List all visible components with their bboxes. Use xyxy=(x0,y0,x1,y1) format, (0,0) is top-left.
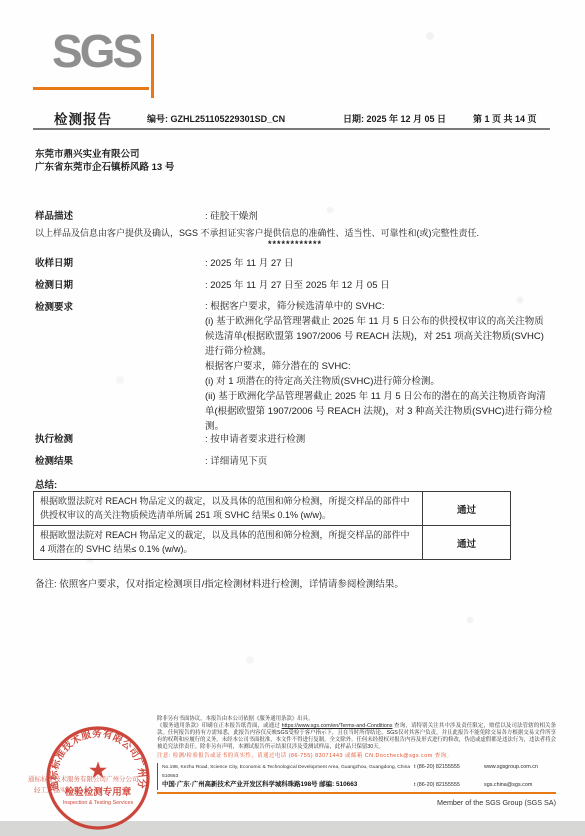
test-performed-label: 执行检测 xyxy=(35,431,73,445)
star-icon: ★ xyxy=(88,757,109,783)
phone-number: t (86-20) 82155555 xyxy=(414,763,484,772)
footer-address-row-en: No.198, Kezhu Road, Science City, Econom… xyxy=(162,763,556,781)
report-date-label: 日期: xyxy=(343,114,364,124)
client-name: 东莞市鼎兴实业有限公司 xyxy=(35,146,140,160)
footer-orange-rule xyxy=(157,792,556,794)
test-date-value: : 2025 年 11 月 27 日至 2025 年 12 月 05 日 xyxy=(205,277,390,291)
footer-terms-text-1: 《服务通用条款》印刷在正本报告纸背面，或通过 xyxy=(157,723,282,729)
logo-vertical-rule xyxy=(151,34,154,98)
footer-authenticity-notice: 注意: 检测/检验报告或证书的真实性，请通过电话 (86-755) 830714… xyxy=(157,753,556,760)
sample-description-value: : 硅胶干燥剂 xyxy=(205,208,258,222)
footer-terms-paragraph: 《服务通用条款》印刷在正本报告纸背面，或通过 https://www.sgs.c… xyxy=(157,723,556,751)
report-page: SGS 检测报告 编号: GZHL251105229301SD_CN 日期: 2… xyxy=(0,0,585,821)
report-date-value: 2025 年 12 月 05 日 xyxy=(367,114,447,124)
test-performed-value: : 按申请者要求进行检测 xyxy=(205,431,305,445)
report-number: 编号: GZHL251105229301SD_CN xyxy=(147,112,285,125)
footer: 除非另有书面协议，本报告由本公司依据《服务通用条款》出具。 《服务通用条款》印刷… xyxy=(157,714,556,807)
summary-row-1-description: 根据欧盟法院对 REACH 物品定义的裁定，以及具体的范围和筛分检测，所提交样品… xyxy=(34,492,423,526)
footer-address-row-cn: 中国·广东·广州高新技术产业开发区科学城科珠路198号 邮编: 510663 t… xyxy=(162,781,556,790)
sample-disclaimer: 以上样品及信息由客户提供及确认，SGS 不承担证实客户提供信息的准确性、适当性、… xyxy=(35,226,552,239)
terms-and-conditions-link[interactable]: https://www.sgs.com/en/Terms-and-Conditi… xyxy=(282,723,393,729)
page-title: 检测报告 xyxy=(54,108,112,128)
report-number-value: GZHL251105229301SD_CN xyxy=(171,114,286,124)
table-row: 根据欧盟法院对 REACH 物品定义的裁定，以及具体的范围和筛分检测，所提交样品… xyxy=(34,526,511,560)
test-result-label: 检测结果 xyxy=(35,453,73,467)
footer-address-block: No.198, Kezhu Road, Science City, Econom… xyxy=(157,763,556,790)
address-chinese: 中国·广东·广州高新技术产业开发区科学城科珠路198号 邮编: 510663 xyxy=(162,781,414,790)
client-address: 广东省东莞市企石镇桥风路 13 号 xyxy=(35,159,174,173)
sgs-logo: SGS xyxy=(52,24,140,79)
email-address: sgs.china@sgs.com xyxy=(484,781,554,790)
summary-remark: 备注: 依照客户要求，仅对指定检测项目/指定检测材料进行检测，详情请参阅检测结果… xyxy=(35,578,552,592)
sgs-membership-line: Member of the SGS Group (SGS SA) xyxy=(157,798,556,807)
phone-number: t (86-20) 82155555 xyxy=(414,781,484,790)
received-date-value: : 2025 年 11 月 27 日 xyxy=(205,255,294,269)
stamp-title-en: Inspection & Testing Services xyxy=(63,800,134,806)
summary-row-2-result: 通过 xyxy=(423,526,511,560)
table-row: 根据欧盟法院对 REACH 物品定义的裁定，以及具体的范围和筛分检测，所提交样品… xyxy=(34,492,511,526)
received-date-label: 收样日期 xyxy=(35,255,73,269)
summary-row-2-description: 根据欧盟法院对 REACH 物品定义的裁定，以及具体的范围和筛分检测，所提交样品… xyxy=(34,526,423,560)
test-requirement-value: : 根据客户要求，筛分候选清单中的 SVHC: (i) 基于欧洲化学品管理署截止… xyxy=(205,299,553,434)
report-number-label: 编号: xyxy=(147,114,168,124)
test-date-label: 检测日期 xyxy=(35,277,73,291)
summary-table: 根据欧盟法院对 REACH 物品定义的裁定，以及具体的范围和筛分检测，所提交样品… xyxy=(33,491,511,560)
website-url: www.sgsgroup.com.cn xyxy=(484,763,554,772)
test-requirement-label: 检测要求 xyxy=(35,299,73,313)
address-english: No.198, Kezhu Road, Science City, Econom… xyxy=(162,764,414,781)
stamp-title-cn: 检验检测专用章 xyxy=(65,786,132,798)
summary-title: 总结: xyxy=(35,477,57,491)
summary-row-1-result: 通过 xyxy=(423,492,511,526)
test-result-value: : 详细请见下页 xyxy=(205,453,267,467)
sample-description-label: 样品描述 xyxy=(35,208,73,222)
inspection-stamp-seal: 通标标准技术服务有限公司广州分公司 ★ 检验检测专用章 Inspection &… xyxy=(40,722,156,834)
separator-stars: ************ xyxy=(35,239,555,249)
page-counter: 第 1 页 共 14 页 xyxy=(473,112,537,125)
report-date: 日期: 2025 年 12 月 05 日 xyxy=(343,112,446,125)
header-divider xyxy=(33,128,550,130)
footer-terms-line: 除非另有书面协议，本报告由本公司依据《服务通用条款》出具。 xyxy=(157,714,556,722)
logo-horizontal-rule xyxy=(33,87,149,90)
